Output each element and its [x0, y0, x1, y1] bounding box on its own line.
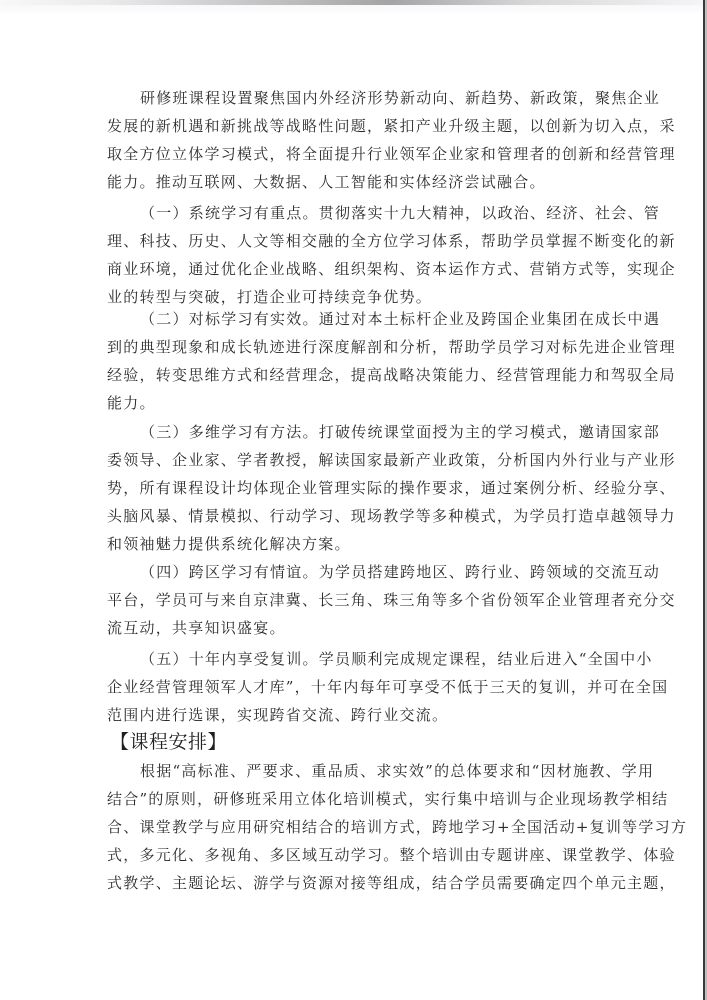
text-line: 根据“高标准、严要求、重品质、求实效”的总体要求和“因材施教、学用: [107, 757, 687, 785]
text-line: 流互动，共享知识盛宴。: [107, 614, 676, 642]
point-paragraph-1-systematic-learning: （一）系统学习有重点。贯彻落实十九大精神，以政治、经济、社会、管 理、科技、历史…: [107, 199, 676, 311]
course-arrangement-paragraph: 根据“高标准、严要求、重品质、求实效”的总体要求和“因材施教、学用 结合”的原则…: [107, 757, 687, 897]
text-line: 势，所有课程设计均体现企业管理实际的操作要求，通过案例分析、经验分享、: [107, 474, 676, 502]
text-line: （二）对标学习有实效。通过对本土标杆企业及跨国企业集团在成长中遇: [107, 305, 676, 333]
text-line: 到的典型现象和成长轨迹进行深度解剖和分析，帮助学员学习对标先进企业管理: [107, 333, 676, 361]
text-line: （一）系统学习有重点。贯彻落实十九大精神，以政治、经济、社会、管: [107, 199, 676, 227]
point-paragraph-2-benchmark-learning: （二）对标学习有实效。通过对本土标杆企业及跨国企业集团在成长中遇 到的典型现象和…: [107, 305, 676, 417]
text-line: 能力。: [107, 389, 676, 417]
text-line: 经验，转变思维方式和经营理念，提高战略决策能力、经营管理能力和驾驭全局: [107, 361, 676, 389]
point-paragraph-4-cross-region-learning: （四）跨区学习有情谊。为学员搭建跨地区、跨行业、跨领域的交流互动 平台，学员可与…: [107, 558, 676, 642]
text-line: 范围内进行选课，实现跨省交流、跨行业交流。: [107, 701, 668, 729]
scan-top-edge-shadow: [0, 0, 707, 5]
text-line: 取全方位立体学习模式，将全面提升行业领军企业家和管理者的创新和经营管理: [107, 140, 676, 168]
text-line: 平台，学员可与来自京津冀、长三角、珠三角等多个省份领军企业管理者充分交: [107, 586, 676, 614]
text-line: 合、课堂教学与应用研究相结合的培训方式，跨地学习+全国活动+复训等学习方: [107, 813, 687, 841]
text-line: 式，多元化、多视角、多区域互动学习。整个培训由专题讲座、课堂教学、体验: [107, 841, 687, 869]
text-line: （四）跨区学习有情谊。为学员搭建跨地区、跨行业、跨领域的交流互动: [107, 558, 676, 586]
text-line: 和领袖魅力提供系统化解决方案。: [107, 530, 676, 558]
text-line: 理、科技、历史、人文等相交融的全方位学习体系，帮助学员掌握不断变化的新: [107, 227, 676, 255]
text-line: 研修班课程设置聚焦国内外经济形势新动向、新趋势、新政策，聚焦企业: [107, 84, 676, 112]
text-line: （三）多维学习有方法。打破传统课堂面授为主的学习模式，邀请国家部: [107, 418, 676, 446]
text-line: 商业环境，通过优化企业战略、组织架构、资本运作方式、营销方式等，实现企: [107, 255, 676, 283]
text-line: 能力。推动互联网、大数据、人工智能和实体经济尝试融合。: [107, 168, 676, 196]
text-line: 头脑风暴、情景模拟、行动学习、现场教学等多种模式，为学员打造卓越领导力: [107, 502, 676, 530]
point-paragraph-5-retraining: （五）十年内享受复训。学员顺利完成规定课程，结业后进入“全国中小 企业经营管理领…: [107, 645, 668, 729]
text-line: 发展的新机遇和新挑战等战略性问题，紧扣产业升级主题，以创新为切入点，采: [107, 112, 676, 140]
text-line: 企业经营管理领军人才库”，十年内每年可享受不低于三天的复训，并可在全国: [107, 673, 668, 701]
text-line: 结合”的原则，研修班采用立体化培训模式，实行集中培训与企业现场教学相结: [107, 785, 687, 813]
text-line: （五）十年内享受复训。学员顺利完成规定课程，结业后进入“全国中小: [107, 645, 668, 673]
point-paragraph-3-multidimensional-learning: （三）多维学习有方法。打破传统课堂面授为主的学习模式，邀请国家部 委领导、企业家…: [107, 418, 676, 558]
text-line: 式教学、主题论坛、游学与资源对接等组成，结合学员需要确定四个单元主题，: [107, 869, 687, 897]
text-line: 委领导、企业家、学者教授，解读国家最新产业政策，分析国内外行业与产业形: [107, 446, 676, 474]
intro-paragraph: 研修班课程设置聚焦国内外经济形势新动向、新趋势、新政策，聚焦企业 发展的新机遇和…: [107, 84, 676, 196]
section-heading-course-arrangement: 【课程安排】: [110, 728, 227, 756]
